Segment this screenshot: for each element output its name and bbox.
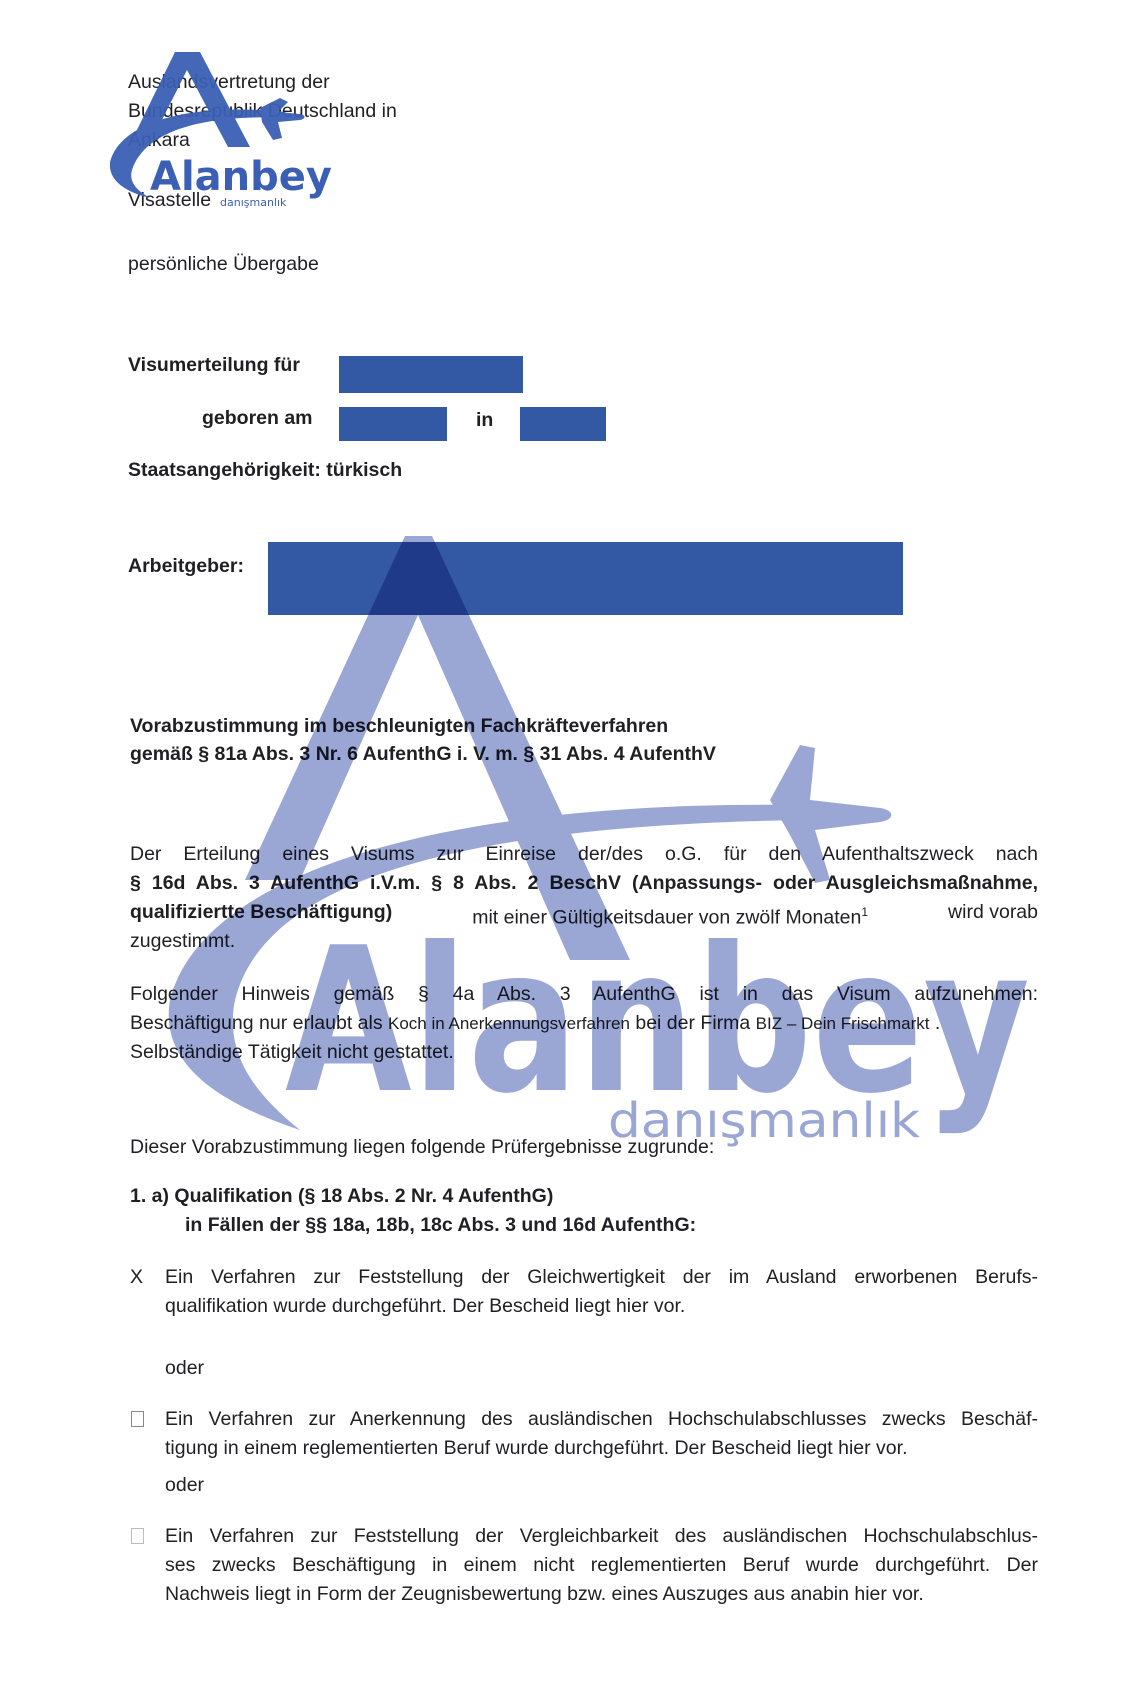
paragraph-1-line-end: wird vorab [948, 898, 1038, 933]
section-1a-line-2: in Fällen der §§ 18a, 18b, 18c Abs. 3 un… [185, 1211, 696, 1240]
or-label-2: oder [165, 1471, 204, 1500]
paragraph-2-line-3: Selbständige Tätigkeit nicht gestattet. [130, 1038, 454, 1067]
addressee-line-2: Bundesrepublik Deutschland in [128, 97, 397, 126]
option-3-line-1: Ein Verfahren zur Feststellung der Vergl… [165, 1522, 1038, 1551]
in-label: in [476, 406, 493, 435]
section-1a-line-1: 1. a) Qualifikation (§ 18 Abs. 2 Nr. 4 A… [130, 1182, 553, 1211]
option-1-line-2: qualifikation wurde durchgeführt. Der Be… [165, 1292, 685, 1321]
delivery-note: persönliche Übergabe [128, 250, 319, 279]
company-prefix: bei der Firma [630, 1012, 756, 1034]
paragraph-1-line-2: § 16d Abs. 3 AufenthG i.V.m. § 8 Abs. 2 … [130, 869, 1038, 898]
option-2-line-1: Ein Verfahren zur Anerkennung des auslän… [165, 1405, 1038, 1434]
option-1-line-1: Ein Verfahren zur Feststellung der Gleic… [165, 1263, 1038, 1292]
title-line-1: Vorabzustimmung im beschleunigten Fachkr… [130, 712, 668, 741]
footnote-mark[interactable]: 1 [861, 905, 868, 919]
redacted-employer [268, 542, 903, 615]
paragraph-1-line-3: qualifiziertte Beschäftigung) mit einer … [130, 898, 1038, 933]
option-2-checkbox[interactable] [131, 1411, 144, 1432]
checkbox-empty-icon [131, 1411, 144, 1427]
document-page: Auslandsvertretung der Bundesrepublik De… [0, 0, 1138, 1684]
option-2-line-2: tigung in einem reglementierten Beruf wu… [165, 1434, 908, 1463]
addressee-line-3: Ankara [128, 126, 190, 155]
title-line-2: gemäß § 81a Abs. 3 Nr. 6 AufenthG i. V. … [130, 740, 716, 769]
paragraph-2-line-2: Beschäftigung nur erlaubt als Koch in An… [130, 1009, 940, 1038]
paragraph-1-validity: mit einer Gültigkeitsdauer von zwölf Mon… [472, 898, 868, 933]
or-label-1: oder [165, 1354, 204, 1383]
addressee-line-1: Auslandsvertretung der [128, 68, 330, 97]
option-3-line-2: ses zwecks Beschäftigung in einem nicht … [165, 1551, 1038, 1580]
employer-label: Arbeitgeber: [128, 552, 244, 581]
born-label: geboren am [202, 404, 313, 433]
line-end: . [929, 1012, 940, 1034]
redacted-name [339, 356, 523, 393]
employment-restriction-text: Beschäftigung nur erlaubt als [130, 1012, 388, 1034]
paragraph-1-line-4: zugestimmt. [130, 927, 235, 956]
option-3-line-3: Nachweis liegt in Form der Zeugnisbewert… [165, 1580, 924, 1609]
company-name: BIZ – Dein Frischmarkt [756, 1014, 930, 1033]
job-title: Koch in Anerkennungsverfahren [388, 1014, 630, 1033]
checkbox-empty-icon [131, 1528, 144, 1544]
nationality: Staatsangehörigkeit: türkisch [128, 456, 402, 485]
redacted-birthplace [520, 407, 606, 441]
option-3-checkbox[interactable] [131, 1528, 144, 1549]
results-intro: Dieser Vorabzustimmung liegen folgende P… [130, 1133, 714, 1162]
validity-text: mit einer Gültigkeitsdauer von zwölf Mon… [472, 907, 861, 929]
paragraph-1-line-1: Der Erteilung eines Visums zur Einreise … [130, 840, 1038, 869]
option-1-checkbox[interactable]: X [130, 1263, 143, 1292]
paragraph-2-line-1: Folgender Hinweis gemäß § 4a Abs. 3 Aufe… [130, 980, 1038, 1009]
redacted-birthdate [339, 407, 447, 441]
department: Visastelle [128, 186, 211, 215]
visa-for-label: Visumerteilung für [128, 351, 300, 380]
